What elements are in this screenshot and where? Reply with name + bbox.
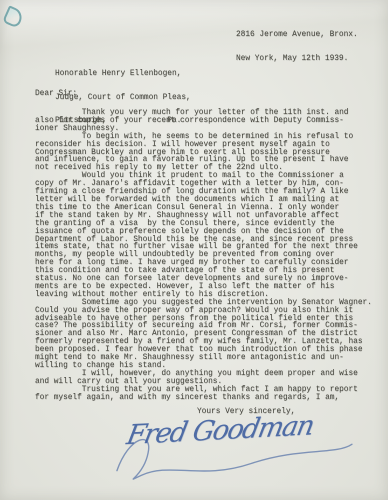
- sender-address-block: 2816 Jerome Avenue, Bronx. New York, May…: [236, 16, 358, 79]
- signature: Fred Goodman: [126, 408, 359, 490]
- paragraph: Trusting that you are well, which fact I…: [35, 387, 375, 403]
- paragraph: Thank you very much for your letter of t…: [35, 110, 375, 134]
- paragraph: Sometime ago you suggested the intervent…: [35, 300, 375, 371]
- paragraph: I will, however, do anything you might d…: [35, 371, 375, 387]
- sender-address-line: 2816 Jerome Avenue, Bronx.: [236, 32, 358, 40]
- paragraph: Would you think it prudent to mail to th…: [35, 173, 375, 300]
- paragraph: To begin with, he seems to be determined…: [35, 134, 375, 174]
- letter-page: 2816 Jerome Avenue, Bronx. New York, May…: [0, 0, 388, 500]
- paper-clip-mark: [2, 5, 25, 28]
- salutation: Dear Sir:: [35, 91, 77, 99]
- letter-body: Thank you very much for your letter of t…: [35, 110, 375, 403]
- sender-date-line: New York, May 12th 1939.: [236, 56, 358, 64]
- recipient-name-line: Honorable Henry Ellenbogen,: [55, 71, 191, 79]
